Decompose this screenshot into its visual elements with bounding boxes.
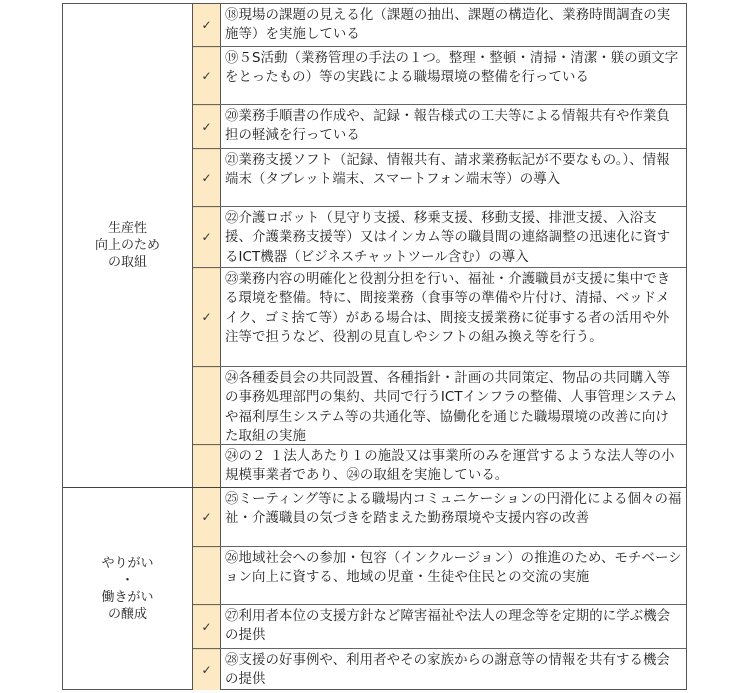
checkbox-cell[interactable]: ✓ xyxy=(193,649,221,690)
category-label: 生産性 向上のため の取組 xyxy=(95,220,160,271)
checkbox-cell[interactable]: ✓ xyxy=(193,4,221,46)
table-row: ㉔の２ １法人あたり１の施設又は事業所のみを運営するような法人等の小規模事業者で… xyxy=(193,444,686,487)
checkbox-cell[interactable]: ✓ xyxy=(193,605,221,648)
table-row: ✓ ㉒介護ロボット（見守り支援、移乗支援、移動支援、排泄支援、入浴支援、介護業務… xyxy=(193,206,686,267)
checkbox-cell[interactable] xyxy=(193,547,221,604)
category-cell: 生産性 向上のため の取組 xyxy=(63,4,193,487)
table-row: ✓ ⑱現場の課題の見える化（課題の抽出、課題の構造化、業務時間調査の実施等）を実… xyxy=(193,4,686,46)
row-text: ㉘支援の好事例や、利用者やその家族からの謝意等の情報を共有する機会の提供 xyxy=(221,649,686,690)
check-icon: ✓ xyxy=(201,69,211,83)
row-list: ✓ ⑱現場の課題の見える化（課題の抽出、課題の構造化、業務時間調査の実施等）を実… xyxy=(193,4,686,487)
row-text: ㉔各種委員会の共同設置、各種指針・計画の共同策定、物品の共同購入等の事務処理部門… xyxy=(221,367,686,444)
category-cell: やりがい ・ 働きがい の醸成 xyxy=(63,488,193,689)
row-text: ㉕ミーティング等による職場内コミュニケーションの円滑化による個々の福祉・介護職員… xyxy=(221,488,686,546)
check-icon: ✓ xyxy=(201,620,211,634)
row-text: ⑳業務手順書の作成や、記録・報告様式の工夫等による情報共有や作業負担の軽減を行っ… xyxy=(221,105,686,148)
table-row: ㉖地域社会への参加・包容（インクルージョン）の推進のため、モチベーション向上に資… xyxy=(193,546,686,604)
table-row: ✓ ㉗利用者本位の支援方針など障害福祉や法人の理念等を定期的に学ぶ機会の提供 xyxy=(193,604,686,648)
check-icon: ✓ xyxy=(201,510,211,524)
checkbox-cell[interactable]: ✓ xyxy=(193,268,221,366)
row-text: ⑱現場の課題の見える化（課題の抽出、課題の構造化、業務時間調査の実施等）を実施し… xyxy=(221,4,686,46)
check-icon: ✓ xyxy=(201,171,211,185)
checkbox-cell[interactable]: ✓ xyxy=(193,207,221,267)
table-row: ✓ ㉘支援の好事例や、利用者やその家族からの謝意等の情報を共有する機会の提供 xyxy=(193,648,686,690)
table-row: ✓ ⑲５S活動（業務管理の手法の１つ。整理・整頓・清掃・清潔・躾の頭文字をとった… xyxy=(193,46,686,104)
checkbox-cell[interactable]: ✓ xyxy=(193,105,221,148)
category-label: やりがい ・ 働きがい の醸成 xyxy=(101,555,153,623)
checkbox-cell[interactable]: ✓ xyxy=(193,488,221,546)
table-row: ✓ ㉑業務支援ソフト（記録、情報共有、請求業務転記が不要なもの。）、情報端末（タ… xyxy=(193,148,686,206)
checkbox-cell[interactable]: ✓ xyxy=(193,47,221,104)
check-icon: ✓ xyxy=(201,120,211,134)
row-text: ㉑業務支援ソフト（記録、情報共有、請求業務転記が不要なもの。）、情報端末（タブレ… xyxy=(221,149,686,206)
check-icon: ✓ xyxy=(201,663,211,677)
row-text: ㉖地域社会への参加・包容（インクルージョン）の推進のため、モチベーション向上に資… xyxy=(221,547,686,604)
row-text: ㉓業務内容の明確化と役割分担を行い、福祉・介護職員が支援に集中できる環境を整備。… xyxy=(221,268,686,366)
row-text: ㉒介護ロボット（見守り支援、移乗支援、移動支援、排泄支援、入浴支援、介護業務支援… xyxy=(221,207,686,267)
table-row: ㉔各種委員会の共同設置、各種指針・計画の共同策定、物品の共同購入等の事務処理部門… xyxy=(193,366,686,444)
row-text: ㉔の２ １法人あたり１の施設又は事業所のみを運営するような法人等の小規模事業者で… xyxy=(221,445,686,487)
checkbox-cell[interactable]: ✓ xyxy=(193,149,221,206)
group-motivation: やりがい ・ 働きがい の醸成 ✓ ㉕ミーティング等による職場内コミュニケーショ… xyxy=(63,487,686,689)
check-icon: ✓ xyxy=(201,310,211,324)
table-row: ✓ ⑳業務手順書の作成や、記録・報告様式の工夫等による情報共有や作業負担の軽減を… xyxy=(193,104,686,148)
table-row: ✓ ㉕ミーティング等による職場内コミュニケーションの円滑化による個々の福祉・介護… xyxy=(193,488,686,546)
improvement-measures-table: 生産性 向上のため の取組 ✓ ⑱現場の課題の見える化（課題の抽出、課題の構造化… xyxy=(62,3,687,690)
row-list: ✓ ㉕ミーティング等による職場内コミュニケーションの円滑化による個々の福祉・介護… xyxy=(193,488,686,689)
checkbox-cell[interactable] xyxy=(193,445,221,487)
check-icon: ✓ xyxy=(201,18,211,32)
row-text: ⑲５S活動（業務管理の手法の１つ。整理・整頓・清掃・清潔・躾の頭文字をとったもの… xyxy=(221,47,686,104)
group-productivity: 生産性 向上のため の取組 ✓ ⑱現場の課題の見える化（課題の抽出、課題の構造化… xyxy=(63,4,686,487)
row-text: ㉗利用者本位の支援方針など障害福祉や法人の理念等を定期的に学ぶ機会の提供 xyxy=(221,605,686,648)
check-icon: ✓ xyxy=(201,230,211,244)
table-row: ✓ ㉓業務内容の明確化と役割分担を行い、福祉・介護職員が支援に集中できる環境を整… xyxy=(193,267,686,366)
checkbox-cell[interactable] xyxy=(193,367,221,444)
